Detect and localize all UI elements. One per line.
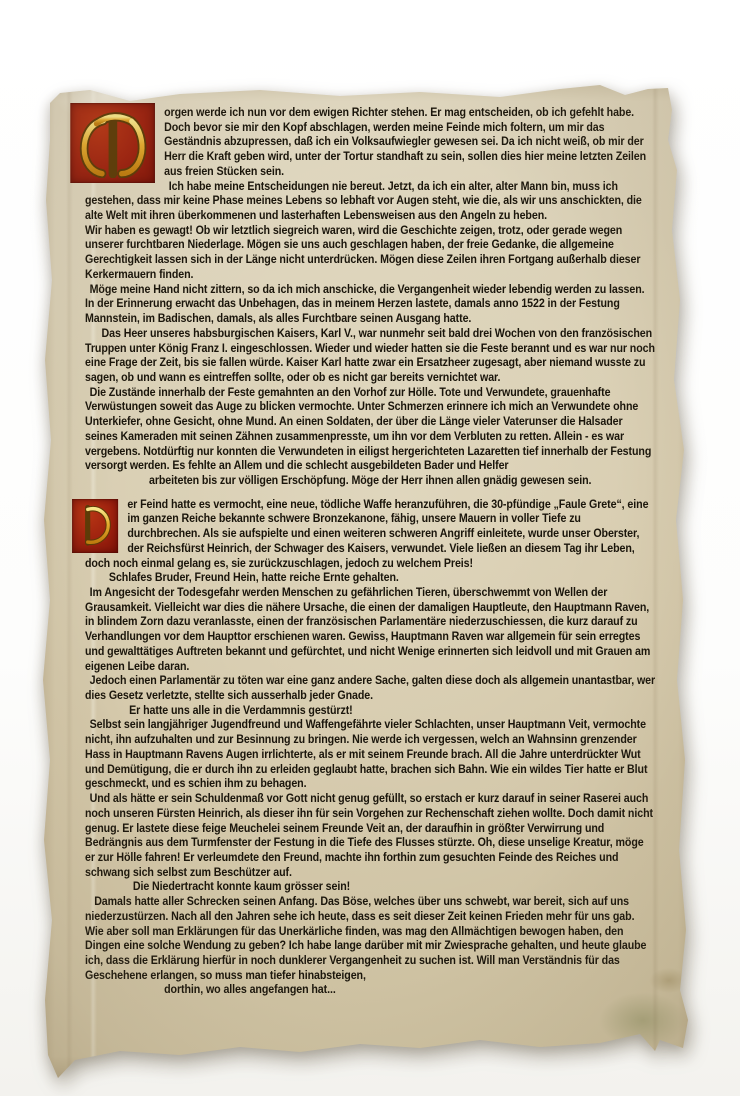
paragraph: Damals hatte aller Schrecken seinen Anfa… bbox=[85, 895, 655, 983]
illuminated-initial-d: D bbox=[72, 499, 118, 553]
paragraph: arbeiteten bis zur völligen Erschöpfung.… bbox=[85, 474, 655, 489]
paragraph: er Feind hatte es vermocht, eine neue, t… bbox=[85, 498, 655, 572]
paragraph: Die Niedertracht konnte kaum grösser sei… bbox=[85, 880, 655, 895]
section-siege: D bbox=[85, 498, 655, 998]
paragraph: Und als hätte er sein Schuldenmaß vor Go… bbox=[85, 792, 655, 880]
initial-d-glyph bbox=[75, 502, 115, 550]
paragraph: Ich habe meine Entscheidungen nie bereut… bbox=[85, 180, 655, 224]
paragraph: Das Heer unseres habsburgischen Kaisers,… bbox=[85, 327, 655, 386]
illuminated-initial-m: M bbox=[70, 103, 155, 183]
paragraph: Wir haben es gewagt! Ob wir letztlich si… bbox=[85, 224, 655, 283]
manuscript-text: M bbox=[85, 106, 655, 998]
parchment-page: M bbox=[40, 85, 695, 1080]
paragraph: orgen werde ich nun vor dem ewigen Richt… bbox=[85, 106, 655, 180]
parchment-sheet: M bbox=[40, 85, 695, 1080]
initial-m-glyph bbox=[76, 108, 149, 178]
paragraph: Im Angesicht der Todesgefahr werden Mens… bbox=[85, 586, 655, 674]
paragraph: Die Zustände innerhalb der Feste gemahnt… bbox=[85, 386, 655, 474]
paragraph: Er hatte uns alle in die Verdammnis gest… bbox=[85, 704, 655, 719]
paragraph: Jedoch einen Parlamentär zu töten war ei… bbox=[85, 674, 655, 703]
paragraph: Möge meine Hand nicht zittern, so da ich… bbox=[85, 283, 655, 327]
paragraph: Selbst sein langjähriger Jugendfreund un… bbox=[85, 718, 655, 792]
paragraph: dorthin, wo alles angefangen hat... bbox=[85, 983, 655, 998]
section-confession: M bbox=[85, 106, 655, 489]
paragraph: Schlafes Bruder, Freund Hein, hatte reic… bbox=[85, 571, 655, 586]
